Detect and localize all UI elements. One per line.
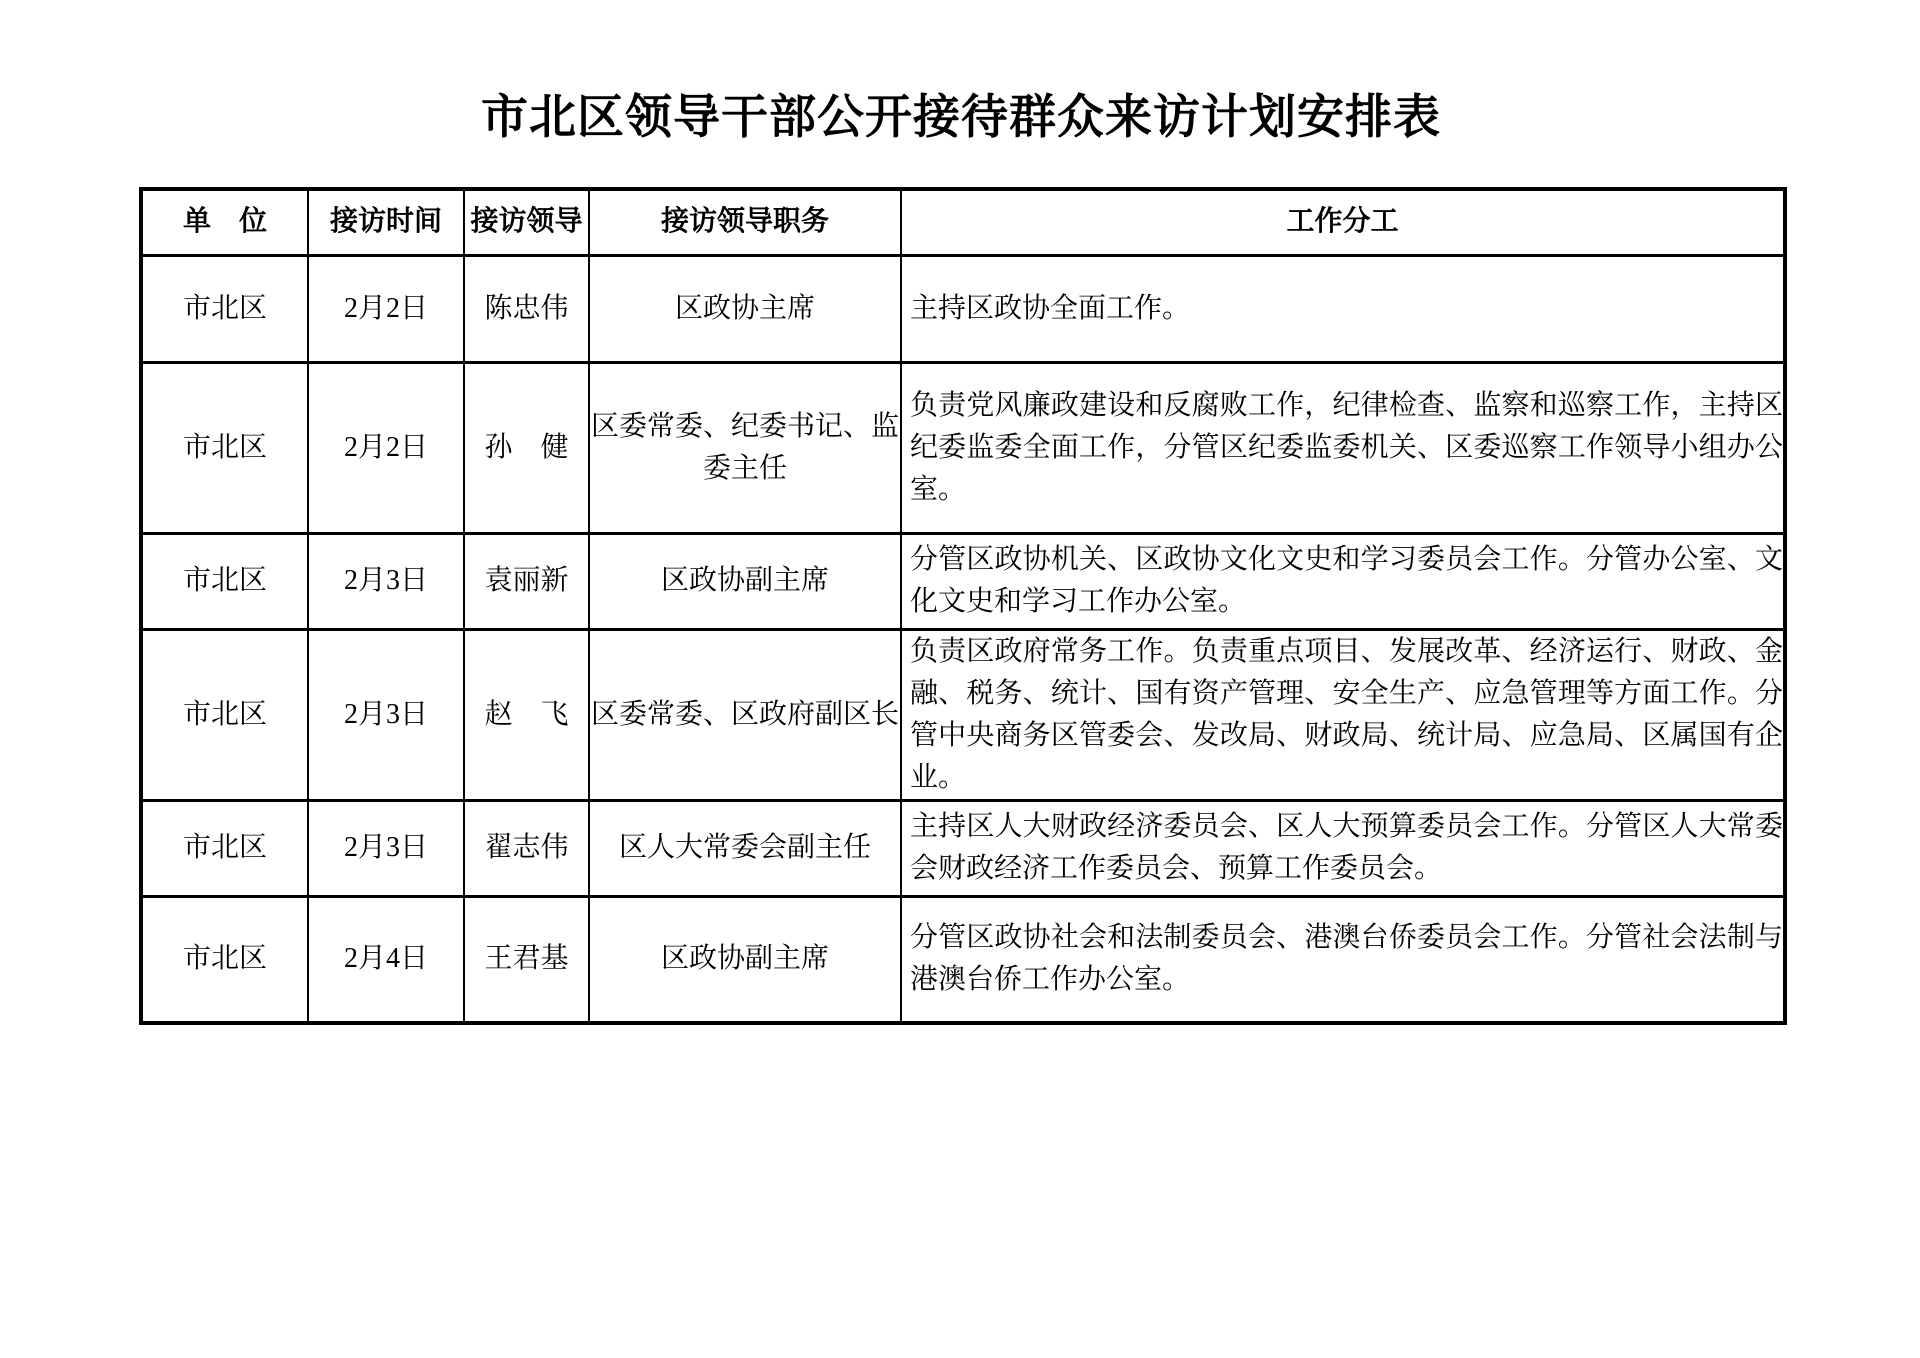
- cell-duty: 分管区政协机关、区政协文化文史和学习委员会工作。分管办公室、文化文史和学习工作办…: [901, 533, 1785, 629]
- reception-schedule-table: 单 位 接访时间 接访领导 接访领导职务 工作分工 市北区 2月2日 陈忠伟 区…: [139, 187, 1787, 1025]
- cell-duty: 分管区政协社会和法制委员会、港澳台侨委员会工作。分管社会法制与港澳台侨工作办公室…: [901, 896, 1785, 1023]
- column-header-duty: 工作分工: [901, 189, 1785, 255]
- cell-unit: 市北区: [141, 255, 308, 362]
- cell-time: 2月3日: [308, 800, 464, 896]
- cell-position: 区政协副主席: [589, 533, 901, 629]
- cell-unit: 市北区: [141, 533, 308, 629]
- page-title: 市北区领导干部公开接待群众来访计划安排表: [139, 88, 1783, 149]
- column-header-unit: 单 位: [141, 189, 308, 255]
- cell-duty: 负责区政府常务工作。负责重点项目、发展改革、经济运行、财政、金融、税务、统计、国…: [901, 629, 1785, 800]
- table-row: 市北区 2月3日 袁丽新 区政协副主席 分管区政协机关、区政协文化文史和学习委员…: [141, 533, 1785, 629]
- cell-unit: 市北区: [141, 800, 308, 896]
- cell-unit: 市北区: [141, 629, 308, 800]
- cell-position: 区人大常委会副主任: [589, 800, 901, 896]
- cell-position: 区政协主席: [589, 255, 901, 362]
- cell-unit: 市北区: [141, 896, 308, 1023]
- table-row: 市北区 2月2日 陈忠伟 区政协主席 主持区政协全面工作。: [141, 255, 1785, 362]
- cell-position: 区政协副主席: [589, 896, 901, 1023]
- cell-time: 2月4日: [308, 896, 464, 1023]
- cell-leader: 陈忠伟: [464, 255, 589, 362]
- table-header-row: 单 位 接访时间 接访领导 接访领导职务 工作分工: [141, 189, 1785, 255]
- column-header-position: 接访领导职务: [589, 189, 901, 255]
- cell-leader: 王君基: [464, 896, 589, 1023]
- cell-leader: 翟志伟: [464, 800, 589, 896]
- cell-duty: 主持区政协全面工作。: [901, 255, 1785, 362]
- cell-duty: 主持区人大财政经济委员会、区人大预算委员会工作。分管区人大常委会财政经济工作委员…: [901, 800, 1785, 896]
- cell-leader: 袁丽新: [464, 533, 589, 629]
- document-page: 市北区领导干部公开接待群众来访计划安排表 单 位 接访时间 接访领导 接访领导职…: [0, 0, 1920, 1358]
- cell-time: 2月3日: [308, 629, 464, 800]
- table-row: 市北区 2月4日 王君基 区政协副主席 分管区政协社会和法制委员会、港澳台侨委员…: [141, 896, 1785, 1023]
- cell-duty: 负责党风廉政建设和反腐败工作，纪律检查、监察和巡察工作，主持区纪委监委全面工作，…: [901, 362, 1785, 533]
- cell-leader: 赵 飞: [464, 629, 589, 800]
- column-header-time: 接访时间: [308, 189, 464, 255]
- cell-time: 2月2日: [308, 362, 464, 533]
- cell-leader: 孙 健: [464, 362, 589, 533]
- column-header-leader: 接访领导: [464, 189, 589, 255]
- table-row: 市北区 2月2日 孙 健 区委常委、纪委书记、监委主任 负责党风廉政建设和反腐败…: [141, 362, 1785, 533]
- cell-position: 区委常委、区政府副区长: [589, 629, 901, 800]
- table-row: 市北区 2月3日 赵 飞 区委常委、区政府副区长 负责区政府常务工作。负责重点项…: [141, 629, 1785, 800]
- cell-time: 2月2日: [308, 255, 464, 362]
- document-content: 市北区领导干部公开接待群众来访计划安排表 单 位 接访时间 接访领导 接访领导职…: [139, 88, 1783, 1025]
- cell-position: 区委常委、纪委书记、监委主任: [589, 362, 901, 533]
- table-row: 市北区 2月3日 翟志伟 区人大常委会副主任 主持区人大财政经济委员会、区人大预…: [141, 800, 1785, 896]
- cell-unit: 市北区: [141, 362, 308, 533]
- cell-time: 2月3日: [308, 533, 464, 629]
